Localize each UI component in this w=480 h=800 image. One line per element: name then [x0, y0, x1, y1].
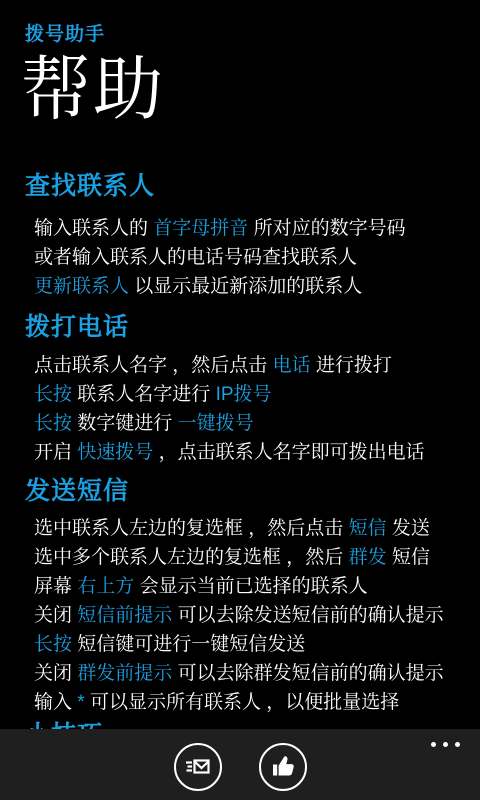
keyword-highlight: 群发前提示: [77, 663, 172, 684]
help-text: 选中多个联系人左边的复选框 ，然后: [34, 547, 349, 568]
keyword-highlight: IP拨号: [216, 384, 272, 405]
keyword-highlight: 更新联系人: [34, 276, 129, 297]
help-section: 发送短信选中联系人左边的复选框 ，然后点击 短信 发送选中多个联系人左边的复选框…: [25, 476, 466, 717]
help-line: 屏幕 右上方 会显示当前已选择的联系人: [34, 572, 466, 601]
help-text: 联系人名字进行: [72, 384, 216, 405]
keyword-highlight: *: [77, 692, 84, 713]
help-text: 选中联系人左边的复选框 ，然后点击: [34, 518, 349, 539]
keyword-highlight: 长按: [34, 384, 72, 405]
help-section: 查找联系人输入联系人的 首字母拼音 所对应的数字号码或者输入联系人的电话号码查找…: [25, 171, 466, 301]
help-text: 短信: [387, 547, 430, 568]
help-text: 数字键进行: [72, 413, 178, 434]
help-line: 长按 联系人名字进行 IP拨号: [34, 380, 466, 409]
help-line: 点击联系人名字 ，然后点击 电话 进行拨打: [34, 351, 466, 380]
phone-screen: 拨号助手 帮助 查找联系人输入联系人的 首字母拼音 所对应的数字号码或者输入联系…: [0, 0, 480, 800]
page-title: 帮助: [21, 51, 466, 127]
keyword-highlight: 长按: [34, 413, 72, 434]
help-text: 可以显示所有联系人 ，以便批量选择: [85, 692, 400, 713]
keyword-highlight: 短信前提示: [77, 605, 172, 626]
section-title: 拨打电话: [25, 312, 466, 342]
help-text: 开启: [34, 442, 77, 463]
help-line: 关闭 群发前提示 可以去除群发短信前的确认提示: [34, 659, 466, 688]
section-title: 发送短信: [25, 476, 466, 506]
help-text: 或者输入联系人的电话号码查找联系人: [34, 247, 357, 268]
help-text: 可以去除群发短信前的确认提示: [172, 663, 443, 684]
help-text: 可以去除发送短信前的确认提示: [172, 605, 443, 626]
help-text: 以显示最近新添加的联系人: [129, 276, 362, 297]
help-line: 输入联系人的 首字母拼音 所对应的数字号码: [34, 214, 466, 243]
help-line: 选中联系人左边的复选框 ，然后点击 短信 发送: [34, 514, 466, 543]
feedback-button[interactable]: [174, 743, 222, 791]
section-lines: 选中联系人左边的复选框 ，然后点击 短信 发送选中多个联系人左边的复选框 ，然后…: [25, 514, 466, 717]
help-text: 点击联系人名字 ，然后点击: [34, 355, 273, 376]
help-text: 会显示当前已选择的联系人: [134, 576, 367, 597]
help-text: 发送: [387, 518, 430, 539]
help-sections: 查找联系人输入联系人的 首字母拼音 所对应的数字号码或者输入联系人的电话号码查找…: [25, 171, 466, 750]
appbar-buttons: [0, 743, 480, 791]
help-line: 长按 短信键可进行一键短信发送: [34, 630, 466, 659]
keyword-highlight: 右上方: [77, 576, 134, 597]
keyword-highlight: 首字母拼音: [153, 218, 248, 239]
keyword-highlight: 快速拨号: [77, 442, 153, 463]
keyword-highlight: 短信: [349, 518, 387, 539]
app-title: 拨号助手: [25, 0, 466, 47]
help-line: 或者输入联系人的电话号码查找联系人: [34, 243, 466, 272]
help-line: 关闭 短信前提示 可以去除发送短信前的确认提示: [34, 601, 466, 630]
help-text: 关闭: [34, 663, 77, 684]
app-bar: [0, 729, 480, 800]
like-button[interactable]: [259, 743, 307, 791]
help-text: ，点击联系人名字即可拨出电话: [153, 442, 424, 463]
help-line: 开启 快速拨号 ，点击联系人名字即可拨出电话: [34, 438, 466, 467]
help-page: 拨号助手 帮助 查找联系人输入联系人的 首字母拼音 所对应的数字号码或者输入联系…: [0, 0, 480, 750]
section-lines: 输入联系人的 首字母拼音 所对应的数字号码或者输入联系人的电话号码查找联系人更新…: [25, 214, 466, 301]
help-text: 所对应的数字号码: [248, 218, 405, 239]
help-section: 拨打电话点击联系人名字 ，然后点击 电话 进行拨打长按 联系人名字进行 IP拨号…: [25, 312, 466, 467]
help-text: 输入联系人的: [34, 218, 153, 239]
help-text: 短信键可进行一键短信发送: [72, 634, 305, 655]
help-line: 更新联系人 以显示最近新添加的联系人: [34, 272, 466, 301]
help-text: 屏幕: [34, 576, 77, 597]
keyword-highlight: 电话: [273, 355, 311, 376]
help-text: 关闭: [34, 605, 77, 626]
help-line: 选中多个联系人左边的复选框 ，然后 群发 短信: [34, 543, 466, 572]
keyword-highlight: 一键拨号: [178, 413, 254, 434]
help-text: 输入: [34, 692, 77, 713]
help-text: 进行拨打: [311, 355, 392, 376]
keyword-highlight: 长按: [34, 634, 72, 655]
section-lines: 点击联系人名字 ，然后点击 电话 进行拨打长按 联系人名字进行 IP拨号长按 数…: [25, 351, 466, 467]
send-message-icon: [184, 754, 212, 780]
thumbs-up-icon: [270, 754, 296, 780]
section-title: 查找联系人: [25, 171, 466, 201]
help-line: 输入 * 可以显示所有联系人 ，以便批量选择: [34, 688, 466, 717]
keyword-highlight: 群发: [349, 547, 387, 568]
help-line: 长按 数字键进行 一键拨号: [34, 409, 466, 438]
